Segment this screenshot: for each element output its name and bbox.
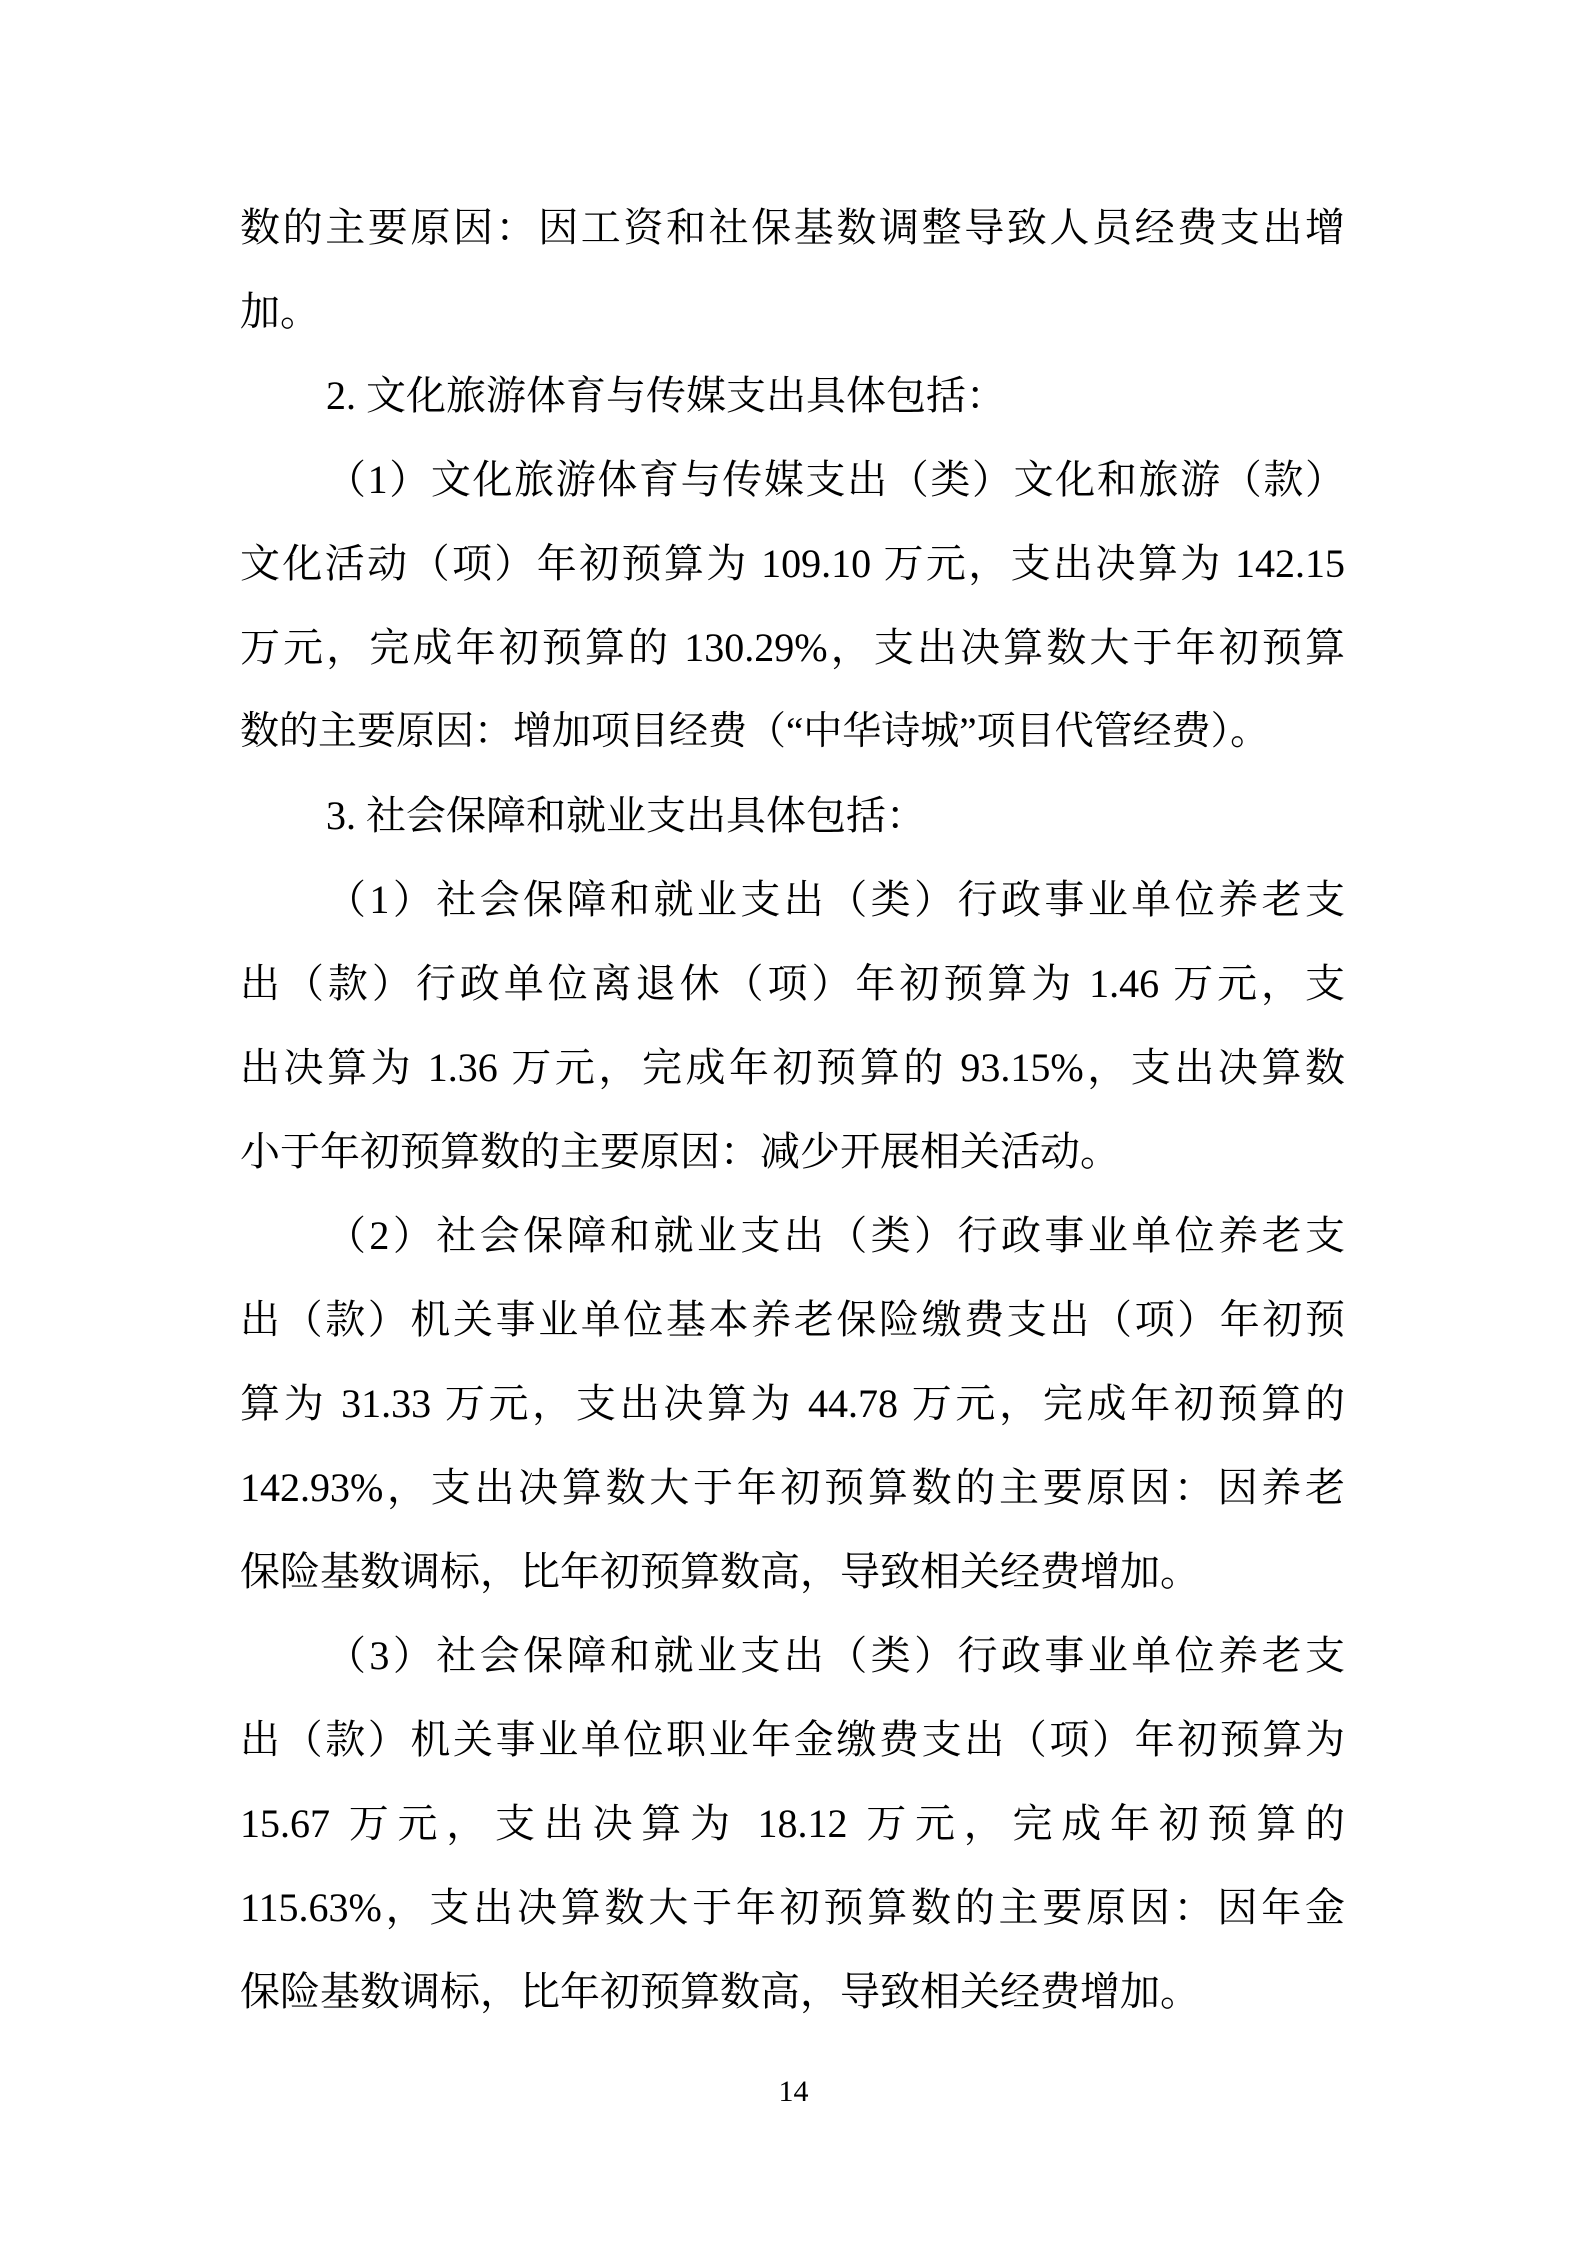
text-line: 数的主要原因：因工资和社保基数调整导致人员经费支出增 bbox=[240, 186, 1345, 270]
text-line: （1）文化旅游体育与传媒支出（类）文化和旅游（款） bbox=[240, 438, 1345, 522]
text-line: 出（款）机关事业单位职业年金缴费支出（项）年初预算为 bbox=[240, 1698, 1345, 1782]
text-line: 出（款）行政单位离退休（项）年初预算为 1.46 万元，支 bbox=[240, 942, 1345, 1026]
text-line: 加。 bbox=[240, 270, 1345, 354]
text-line: 万元，完成年初预算的 130.29%，支出决算数大于年初预算 bbox=[240, 606, 1345, 690]
text-line: 算为 31.33 万元，支出决算为 44.78 万元，完成年初预算的 bbox=[240, 1362, 1345, 1446]
text-line: 文化活动（项）年初预算为 109.10 万元，支出决算为 142.15 bbox=[240, 522, 1345, 606]
text-line: 142.93%，支出决算数大于年初预算数的主要原因：因养老 bbox=[240, 1446, 1345, 1530]
text-line: （1）社会保障和就业支出（类）行政事业单位养老支 bbox=[240, 858, 1345, 942]
section-heading: 3. 社会保障和就业支出具体包括： bbox=[240, 774, 1345, 858]
text-line: 出（款）机关事业单位基本养老保险缴费支出（项）年初预 bbox=[240, 1278, 1345, 1362]
text-line: 15.67 万元，支出决算为 18.12 万元，完成年初预算的 bbox=[240, 1782, 1345, 1866]
document-page: 数的主要原因：因工资和社保基数调整导致人员经费支出增 加。 2. 文化旅游体育与… bbox=[0, 0, 1587, 2245]
page-number: 14 bbox=[0, 2072, 1587, 2112]
text-line: 小于年初预算数的主要原因：减少开展相关活动。 bbox=[240, 1110, 1345, 1194]
text-line: 保险基数调标，比年初预算数高，导致相关经费增加。 bbox=[240, 1950, 1345, 2034]
text-line: 出决算为 1.36 万元，完成年初预算的 93.15%，支出决算数 bbox=[240, 1026, 1345, 1110]
text-line: 数的主要原因：增加项目经费（“中华诗城”项目代管经费）。 bbox=[240, 690, 1345, 774]
text-line: 保险基数调标，比年初预算数高，导致相关经费增加。 bbox=[240, 1530, 1345, 1614]
text-line: （3）社会保障和就业支出（类）行政事业单位养老支 bbox=[240, 1614, 1345, 1698]
section-heading: 2. 文化旅游体育与传媒支出具体包括： bbox=[240, 354, 1345, 438]
text-line: 115.63%，支出决算数大于年初预算数的主要原因：因年金 bbox=[240, 1866, 1345, 1950]
text-line: （2）社会保障和就业支出（类）行政事业单位养老支 bbox=[240, 1194, 1345, 1278]
document-body: 数的主要原因：因工资和社保基数调整导致人员经费支出增 加。 2. 文化旅游体育与… bbox=[240, 186, 1345, 2034]
